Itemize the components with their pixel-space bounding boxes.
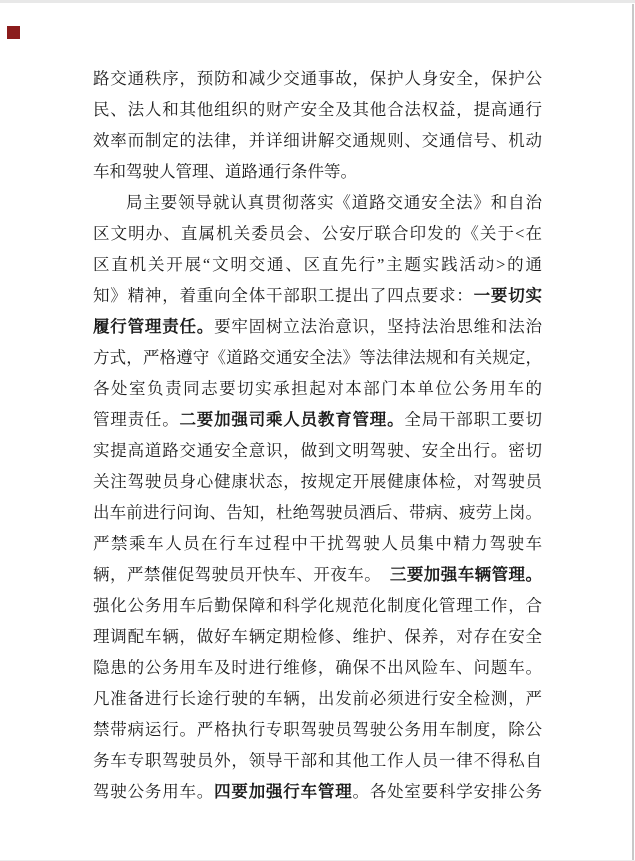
text-segment: 驾驶公务用车。 [93, 782, 214, 801]
text-segment: 禁带病运行。严格执行专职驾驶员驾驶公务用车制度，除公 [93, 720, 542, 739]
text-segment: 实提高道路交通安全意识，做到文明驾驶、安全出行。密切 [93, 441, 542, 460]
text-line: 关注驾驶员身心健康状态，按规定开展健康体检，对驾驶员 [93, 466, 542, 497]
text-line: 辆，严禁催促驾驶员开快车、开夜车。 三要加强车辆管理。 [93, 559, 542, 590]
text-segment: 严禁乘车人员在行车过程中干扰驾驶人员集中精力驾驶车 [93, 534, 542, 553]
text-segment: 关注驾驶员身心健康状态，按规定开展健康体检，对驾驶员 [93, 472, 542, 491]
text-line: 区文明办、直属机关委员会、公安厅联合印发的《关于<在 [93, 218, 542, 249]
text-segment: 民、法人和其他组织的财产安全及其他合法权益，提高通行 [93, 100, 542, 119]
text-line: 路交通秩序，预防和减少交通事故，保护人身安全，保护公 [93, 63, 542, 94]
text-line: 效率而制定的法律，并详细讲解交通规则、交通信号、机动 [93, 125, 542, 156]
text-line: 隐患的公务用车及时进行维修，确保不出风险车、问题车。 [93, 652, 542, 683]
text-line: 知》精神，着重向全体干部职工提出了四点要求：一要切实 [93, 280, 542, 311]
text-segment: 隐患的公务用车及时进行维修，确保不出风险车、问题车。 [93, 658, 542, 677]
text-line: 管理责任。二要加强司乘人员教育管理。全局干部职工要切 [93, 404, 542, 435]
text-line: 方式，严格遵守《道路交通安全法》等法律法规和有关规定， [93, 342, 542, 373]
text-line: 民、法人和其他组织的财产安全及其他合法权益，提高通行 [93, 94, 542, 125]
text-segment: 路交通秩序，预防和减少交通事故，保护人身安全，保护公 [93, 69, 542, 88]
text-line: 禁带病运行。严格执行专职驾驶员驾驶公务用车制度，除公 [93, 714, 542, 745]
page-right-border [632, 4, 634, 861]
text-segment: 出车前进行问询、告知，杜绝驾驶员酒后、带病、疲劳上岗。 [93, 503, 542, 522]
text-segment: 方式，严格遵守《道路交通安全法》等法律法规和有关规定， [93, 348, 542, 367]
text-segment: 区直机关开展“文明交通、区直先行”主题实践活动>的通 [93, 255, 542, 274]
text-segment: 。各处室要科学安排公务 [353, 782, 543, 801]
text-line: 实提高道路交通安全意识，做到文明驾驶、安全出行。密切 [93, 435, 542, 466]
text-segment: 要牢固树立法治意识，坚持法治思维和法治 [214, 317, 542, 336]
bold-text-segment: 三要加强车辆管理。 [390, 565, 542, 584]
text-segment: 车和驾驶人管理、道路通行条件等。 [93, 162, 357, 181]
text-segment: 辆，严禁催促驾驶员开快车、开夜车。 [93, 565, 390, 584]
bold-text-segment: 四要加强行车管理 [214, 782, 352, 801]
text-line: 凡准备进行长途行驶的车辆，出发前必须进行安全检测，严 [93, 683, 542, 714]
text-segment: 效率而制定的法律，并详细讲解交通规则、交通信号、机动 [93, 131, 542, 150]
text-line: 理调配车辆，做好车辆定期检修、维护、保养，对存在安全 [93, 621, 542, 652]
bold-text-segment: 履行管理责任。 [93, 317, 214, 336]
bold-text-segment: 一要切实 [474, 286, 542, 305]
text-segment: 局主要领导就认真贯彻落实《道路交通安全法》和自治 [126, 193, 542, 212]
text-segment: 知》精神，着重向全体干部职工提出了四点要求： [93, 286, 474, 305]
text-line: 务车专职驾驶员外，领导干部和其他工作人员一律不得私自 [93, 745, 542, 776]
text-line: 各处室负责同志要切实承担起对本部门本单位公务用车的 [93, 373, 542, 404]
text-segment: 管理责任。 [93, 410, 180, 429]
red-marker-icon [7, 26, 20, 39]
text-segment: 强化公务用车后勤保障和科学化规范化制度化管理工作，合 [93, 596, 542, 615]
text-segment: 凡准备进行长途行驶的车辆，出发前必须进行安全检测，严 [93, 689, 542, 708]
text-segment: 各处室负责同志要切实承担起对本部门本单位公务用车的 [93, 379, 542, 398]
bold-text-segment: 二要加强司乘人员教育管理。 [180, 410, 405, 429]
text-line: 强化公务用车后勤保障和科学化规范化制度化管理工作，合 [93, 590, 542, 621]
page-top-border [0, 0, 635, 3]
text-segment: 区文明办、直属机关委员会、公安厅联合印发的《关于<在 [93, 224, 542, 243]
text-line: 车和驾驶人管理、道路通行条件等。 [93, 156, 542, 187]
text-line: 严禁乘车人员在行车过程中干扰驾驶人员集中精力驾驶车 [93, 528, 542, 559]
text-line: 区直机关开展“文明交通、区直先行”主题实践活动>的通 [93, 249, 542, 280]
text-segment: 务车专职驾驶员外，领导干部和其他工作人员一律不得私自 [93, 751, 542, 770]
text-line: 履行管理责任。要牢固树立法治意识，坚持法治思维和法治 [93, 311, 542, 342]
text-line: 局主要领导就认真贯彻落实《道路交通安全法》和自治 [93, 187, 542, 218]
text-segment: 全局干部职工要切 [404, 410, 542, 429]
document-text: 路交通秩序，预防和减少交通事故，保护人身安全，保护公民、法人和其他组织的财产安全… [93, 63, 542, 807]
text-line: 出车前进行问询、告知，杜绝驾驶员酒后、带病、疲劳上岗。 [93, 497, 542, 528]
text-segment: 理调配车辆，做好车辆定期检修、维护、保养，对存在安全 [93, 627, 542, 646]
text-line: 驾驶公务用车。四要加强行车管理。各处室要科学安排公务 [93, 776, 542, 807]
document-page: 路交通秩序，预防和减少交通事故，保护人身安全，保护公民、法人和其他组织的财产安全… [0, 0, 635, 861]
